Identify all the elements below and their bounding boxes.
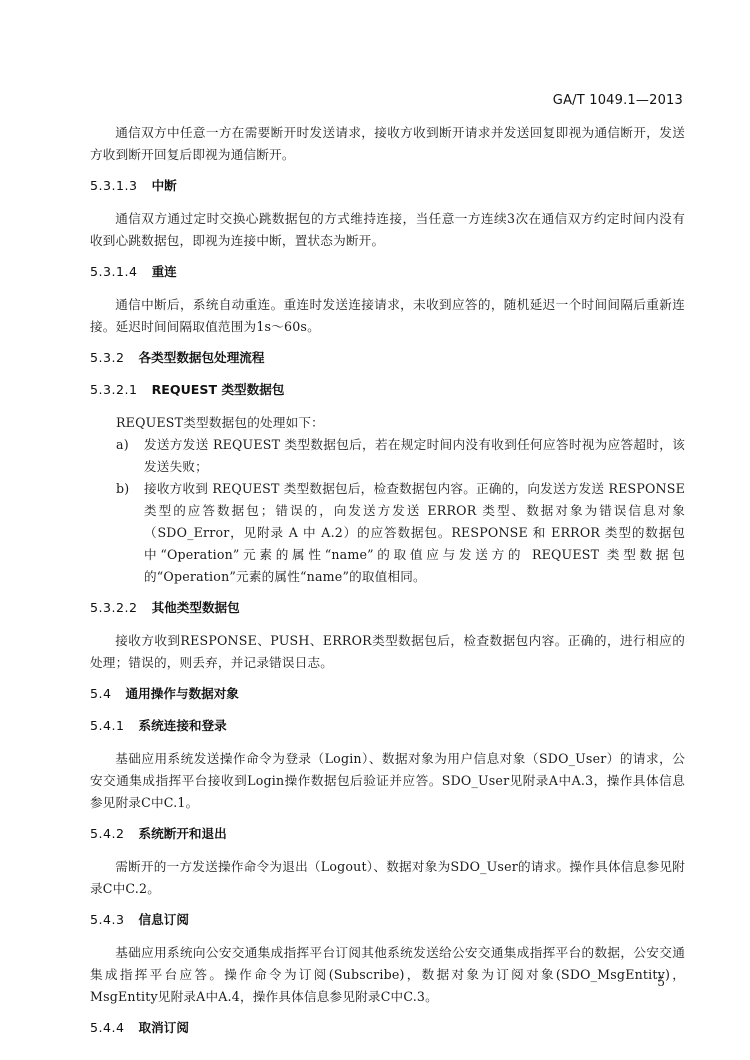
heading-5-3-1-4: 5.3.1.4重连 <box>90 262 685 282</box>
heading-5-3-1-3: 5.3.1.3中断 <box>90 176 685 196</box>
section-number: 5.3.2.1 <box>90 380 138 400</box>
paragraph-disconnect: 通信双方中任意一方在需要断开时发送请求，接收方收到断开请求并发送回复即视为通信断… <box>90 122 685 166</box>
request-processing-list: a) 发送方发送 REQUEST 类型数据包后，若在规定时间内没有收到任何应答时… <box>90 434 685 588</box>
heading-5-4-4: 5.4.4取消订阅 <box>90 1018 685 1038</box>
section-number: 5.4 <box>90 684 112 704</box>
section-number: 5.3.1.3 <box>90 176 138 196</box>
heading-5-4: 5.4通用操作与数据对象 <box>90 684 685 704</box>
document-body: 通信双方中任意一方在需要断开时发送请求，接收方收到断开请求并发送回复即视为通信断… <box>90 122 685 1050</box>
section-number: 5.3.2.2 <box>90 598 138 618</box>
heading-5-3-2-1: 5.3.2.1REQUEST 类型数据包 <box>90 380 685 400</box>
paragraph-subscribe: 基础应用系统向公安交通集成指挥平台订阅其他系统发送给公安交通集成指挥平台的数据，… <box>90 942 685 1008</box>
list-item-text: 接收方收到 REQUEST 类型数据包后，检查数据包内容。正确的，向发送方发送 … <box>144 481 685 584</box>
section-title: 重连 <box>152 264 177 279</box>
heading-5-3-2-2: 5.3.2.2其他类型数据包 <box>90 598 685 618</box>
section-number: 5.3.1.4 <box>90 262 138 282</box>
section-title: 各类型数据包处理流程 <box>139 350 265 365</box>
paragraph-other-packets: 接收方收到RESPONSE、PUSH、ERROR类型数据包后，检查数据包内容。正… <box>90 630 685 674</box>
section-title: 中断 <box>152 178 177 193</box>
heading-5-4-1: 5.4.1系统连接和登录 <box>90 716 685 736</box>
list-marker: b) <box>116 478 129 500</box>
heading-5-4-2: 5.4.2系统断开和退出 <box>90 824 685 844</box>
list-marker: a) <box>116 434 129 456</box>
document-page: GA/T 1049.1—2013 通信双方中任意一方在需要断开时发送请求，接收方… <box>0 0 750 1060</box>
paragraph-login: 基础应用系统发送操作命令为登录（Login）、数据对象为用户信息对象（SDO_U… <box>90 748 685 814</box>
paragraph-interrupt: 通信双方通过定时交换心跳数据包的方式维持连接，当任意一方连续3次在通信双方约定时… <box>90 208 685 252</box>
page-number: 5 <box>657 975 665 989</box>
section-title: 取消订阅 <box>139 1020 189 1035</box>
section-number: 5.4.4 <box>90 1018 125 1038</box>
paragraph-logout: 需断开的一方发送操作命令为退出（Logout）、数据对象为SDO_User的请求… <box>90 856 685 900</box>
section-title: 其他类型数据包 <box>152 600 240 615</box>
section-title: 系统连接和登录 <box>139 718 227 733</box>
heading-5-3-2: 5.3.2各类型数据包处理流程 <box>90 348 685 368</box>
section-title: 信息订阅 <box>139 912 189 927</box>
list-item: a) 发送方发送 REQUEST 类型数据包后，若在规定时间内没有收到任何应答时… <box>90 434 685 478</box>
paragraph-request-lead: REQUEST类型数据包的处理如下： <box>116 412 685 434</box>
section-number: 5.4.3 <box>90 910 125 930</box>
standard-code-header: GA/T 1049.1—2013 <box>553 93 683 108</box>
section-title: 通用操作与数据对象 <box>126 686 239 701</box>
section-number: 5.4.2 <box>90 824 125 844</box>
heading-5-4-3: 5.4.3信息订阅 <box>90 910 685 930</box>
section-title: REQUEST 类型数据包 <box>152 382 285 397</box>
section-title: 系统断开和退出 <box>139 826 227 841</box>
list-item: b) 接收方收到 REQUEST 类型数据包后，检查数据包内容。正确的，向发送方… <box>90 478 685 588</box>
paragraph-reconnect: 通信中断后，系统自动重连。重连时发送连接请求，未收到应答的，随机延迟一个时间间隔… <box>90 294 685 338</box>
list-item-text: 发送方发送 REQUEST 类型数据包后，若在规定时间内没有收到任何应答时视为应… <box>144 437 685 474</box>
section-number: 5.4.1 <box>90 716 125 736</box>
section-number: 5.3.2 <box>90 348 125 368</box>
